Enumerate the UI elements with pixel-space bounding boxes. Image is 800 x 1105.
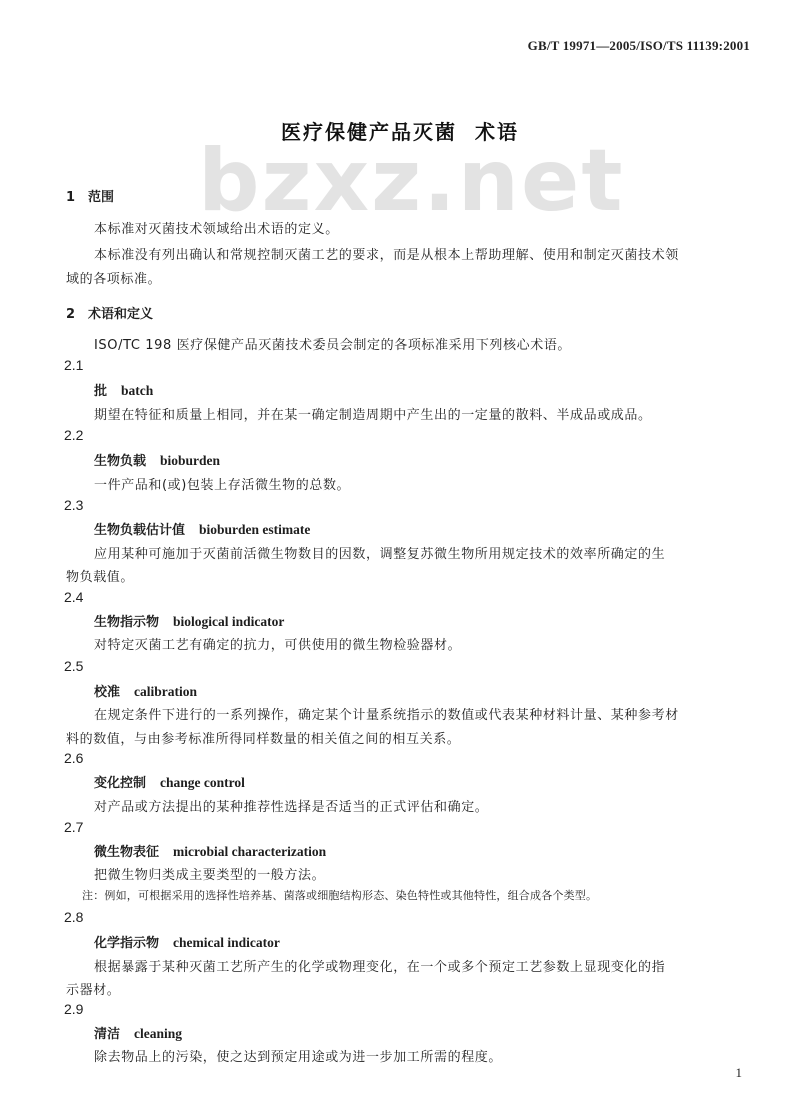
term-heading: 化学指示物chemical indicator <box>94 932 280 951</box>
clause-number: 2.7 <box>64 819 83 835</box>
section-title: 范围 <box>88 190 114 205</box>
clause-number: 2.3 <box>64 497 83 513</box>
paragraph: 本标准没有列出确认和常规控制灭菌工艺的要求，而是从根本上帮助理解、使用和制定灭菌… <box>94 244 679 263</box>
definition: 对特定灭菌工艺有确定的抗力，可供使用的微生物检验器材。 <box>94 634 461 653</box>
term-zh: 生物负载估计值 <box>94 523 185 538</box>
document-title: 医疗保健产品灭菌术语 <box>0 116 800 145</box>
term-en: batch <box>121 383 153 398</box>
definition: 对产品或方法提出的某种推荐性选择是否适当的正式评估和确定。 <box>94 796 488 815</box>
section-1-heading: 1范围 <box>66 186 114 205</box>
definition-continuation: 示器材。 <box>66 979 120 998</box>
definition-continuation: 物负载值。 <box>66 566 134 585</box>
title-main: 医疗保健产品灭菌 <box>281 120 457 144</box>
term-heading: 批batch <box>94 380 153 399</box>
term-zh: 生物指示物 <box>94 615 159 630</box>
clause-number: 2.5 <box>64 658 83 674</box>
definition: 在规定条件下进行的一系列操作，确定某个计量系统指示的数值或代表某种材料计量、某种… <box>94 704 679 723</box>
term-en: microbial characterization <box>173 844 326 859</box>
term-heading: 生物负载估计值bioburden estimate <box>94 519 310 538</box>
definition: 一件产品和(或)包装上存活微生物的总数。 <box>94 474 350 493</box>
watermark: bzxz.net <box>198 138 624 224</box>
clause-number: 2.2 <box>64 427 83 443</box>
section-number: 1 <box>66 190 88 205</box>
standard-code-header: GB/T 19971—2005/ISO/TS 11139:2001 <box>528 38 750 54</box>
section-title: 术语和定义 <box>88 307 153 322</box>
term-heading: 清洁cleaning <box>94 1023 182 1042</box>
term-zh: 变化控制 <box>94 776 146 791</box>
term-zh: 清洁 <box>94 1027 120 1042</box>
term-zh: 化学指示物 <box>94 936 159 951</box>
definition: 应用某种可施加于灭菌前活微生物数目的因数，调整复苏微生物所用规定技术的效率所确定… <box>94 543 665 562</box>
title-sub: 术语 <box>475 120 519 144</box>
term-zh: 校准 <box>94 685 120 700</box>
term-en: calibration <box>134 684 197 699</box>
term-zh: 批 <box>94 384 107 399</box>
term-heading: 生物指示物biological indicator <box>94 611 284 630</box>
section-2-heading: 2术语和定义 <box>66 303 153 322</box>
term-en: bioburden estimate <box>199 522 310 537</box>
paragraph-continuation: 域的各项标准。 <box>66 268 161 287</box>
term-en: cleaning <box>134 1026 182 1041</box>
note: 注：例如，可根据采用的选择性培养基、菌落或细胞结构形态、染色特性或其他特性，组合… <box>82 887 597 903</box>
clause-number: 2.9 <box>64 1001 83 1017</box>
page-number: 1 <box>736 1065 743 1081</box>
term-zh: 微生物表征 <box>94 845 159 860</box>
definition: 把微生物归类成主要类型的一般方法。 <box>94 864 325 883</box>
definition-continuation: 料的数值，与由参考标准所得同样数量的相关值之间的相互关系。 <box>66 728 460 747</box>
clause-number: 2.6 <box>64 750 83 766</box>
term-heading: 生物负载bioburden <box>94 450 220 469</box>
section-intro: ISO/TC 198 医疗保健产品灭菌技术委员会制定的各项标准采用下列核心术语。 <box>94 334 571 353</box>
term-heading: 变化控制change control <box>94 772 245 791</box>
clause-number: 2.1 <box>64 357 83 373</box>
definition: 期望在特征和质量上相同，并在某一确定制造周期中产生出的一定量的散料、半成品或成品… <box>94 404 652 423</box>
clause-number: 2.8 <box>64 909 83 925</box>
term-zh: 生物负载 <box>94 454 146 469</box>
term-en: chemical indicator <box>173 935 280 950</box>
clause-number: 2.4 <box>64 589 83 605</box>
term-en: biological indicator <box>173 614 284 629</box>
definition: 除去物品上的污染，使之达到预定用途或为进一步加工所需的程度。 <box>94 1046 502 1065</box>
definition: 根据暴露于某种灭菌工艺所产生的化学或物理变化，在一个或多个预定工艺参数上显现变化… <box>94 956 665 975</box>
term-en: bioburden <box>160 453 220 468</box>
term-en: change control <box>160 775 245 790</box>
term-heading: 微生物表征microbial characterization <box>94 841 326 860</box>
paragraph: 本标准对灭菌技术领域给出术语的定义。 <box>94 218 339 237</box>
term-heading: 校准calibration <box>94 681 197 700</box>
section-number: 2 <box>66 307 88 322</box>
